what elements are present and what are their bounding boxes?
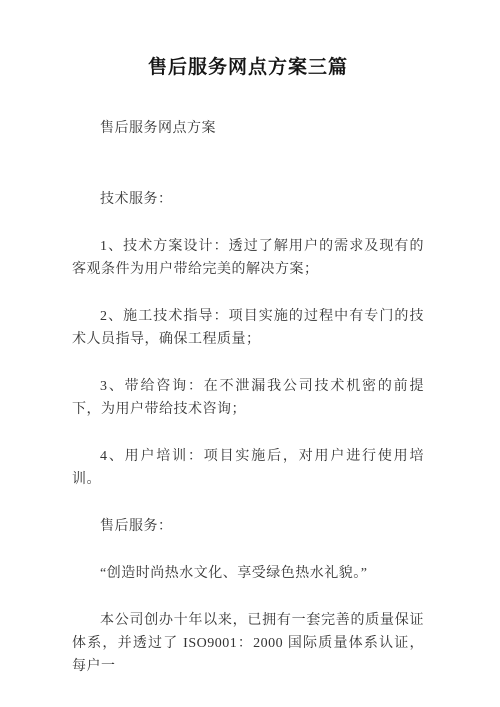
heading-technical-service: 技术服务： [72,188,424,211]
heading-after-sales-service: 售后服务： [72,515,424,538]
list-item-1-solution-design: 1、技术方案设计：透过了解用户的需求及现有的客观条件为用户带给完美的解决方案； [72,235,424,281]
list-item-3-consulting: 3、带给咨询：在不泄漏我公司技术机密的前提下，为用户带给技术咨询； [72,375,424,421]
document-subtitle: 售后服务网点方案 [72,117,424,140]
list-item-4-user-training: 4、用户培训：项目实施后，对用户进行使用培训。 [72,445,424,491]
document-title: 售后服务网点方案三篇 [72,55,424,81]
document-page: 售后服务网点方案三篇 售后服务网点方案 技术服务： 1、技术方案设计：透过了解用… [0,0,500,707]
company-intro-paragraph: 本公司创办十年以来，已拥有一套完善的质量保证体系，并透过了 ISO9001：20… [72,609,424,678]
list-item-2-construction-guidance: 2、施工技术指导：项目实施的过程中有专门的技术人员指导，确保工程质量； [72,305,424,351]
slogan-quote: “创造时尚热水文化、享受绿色热水礼貌。” [72,562,424,585]
